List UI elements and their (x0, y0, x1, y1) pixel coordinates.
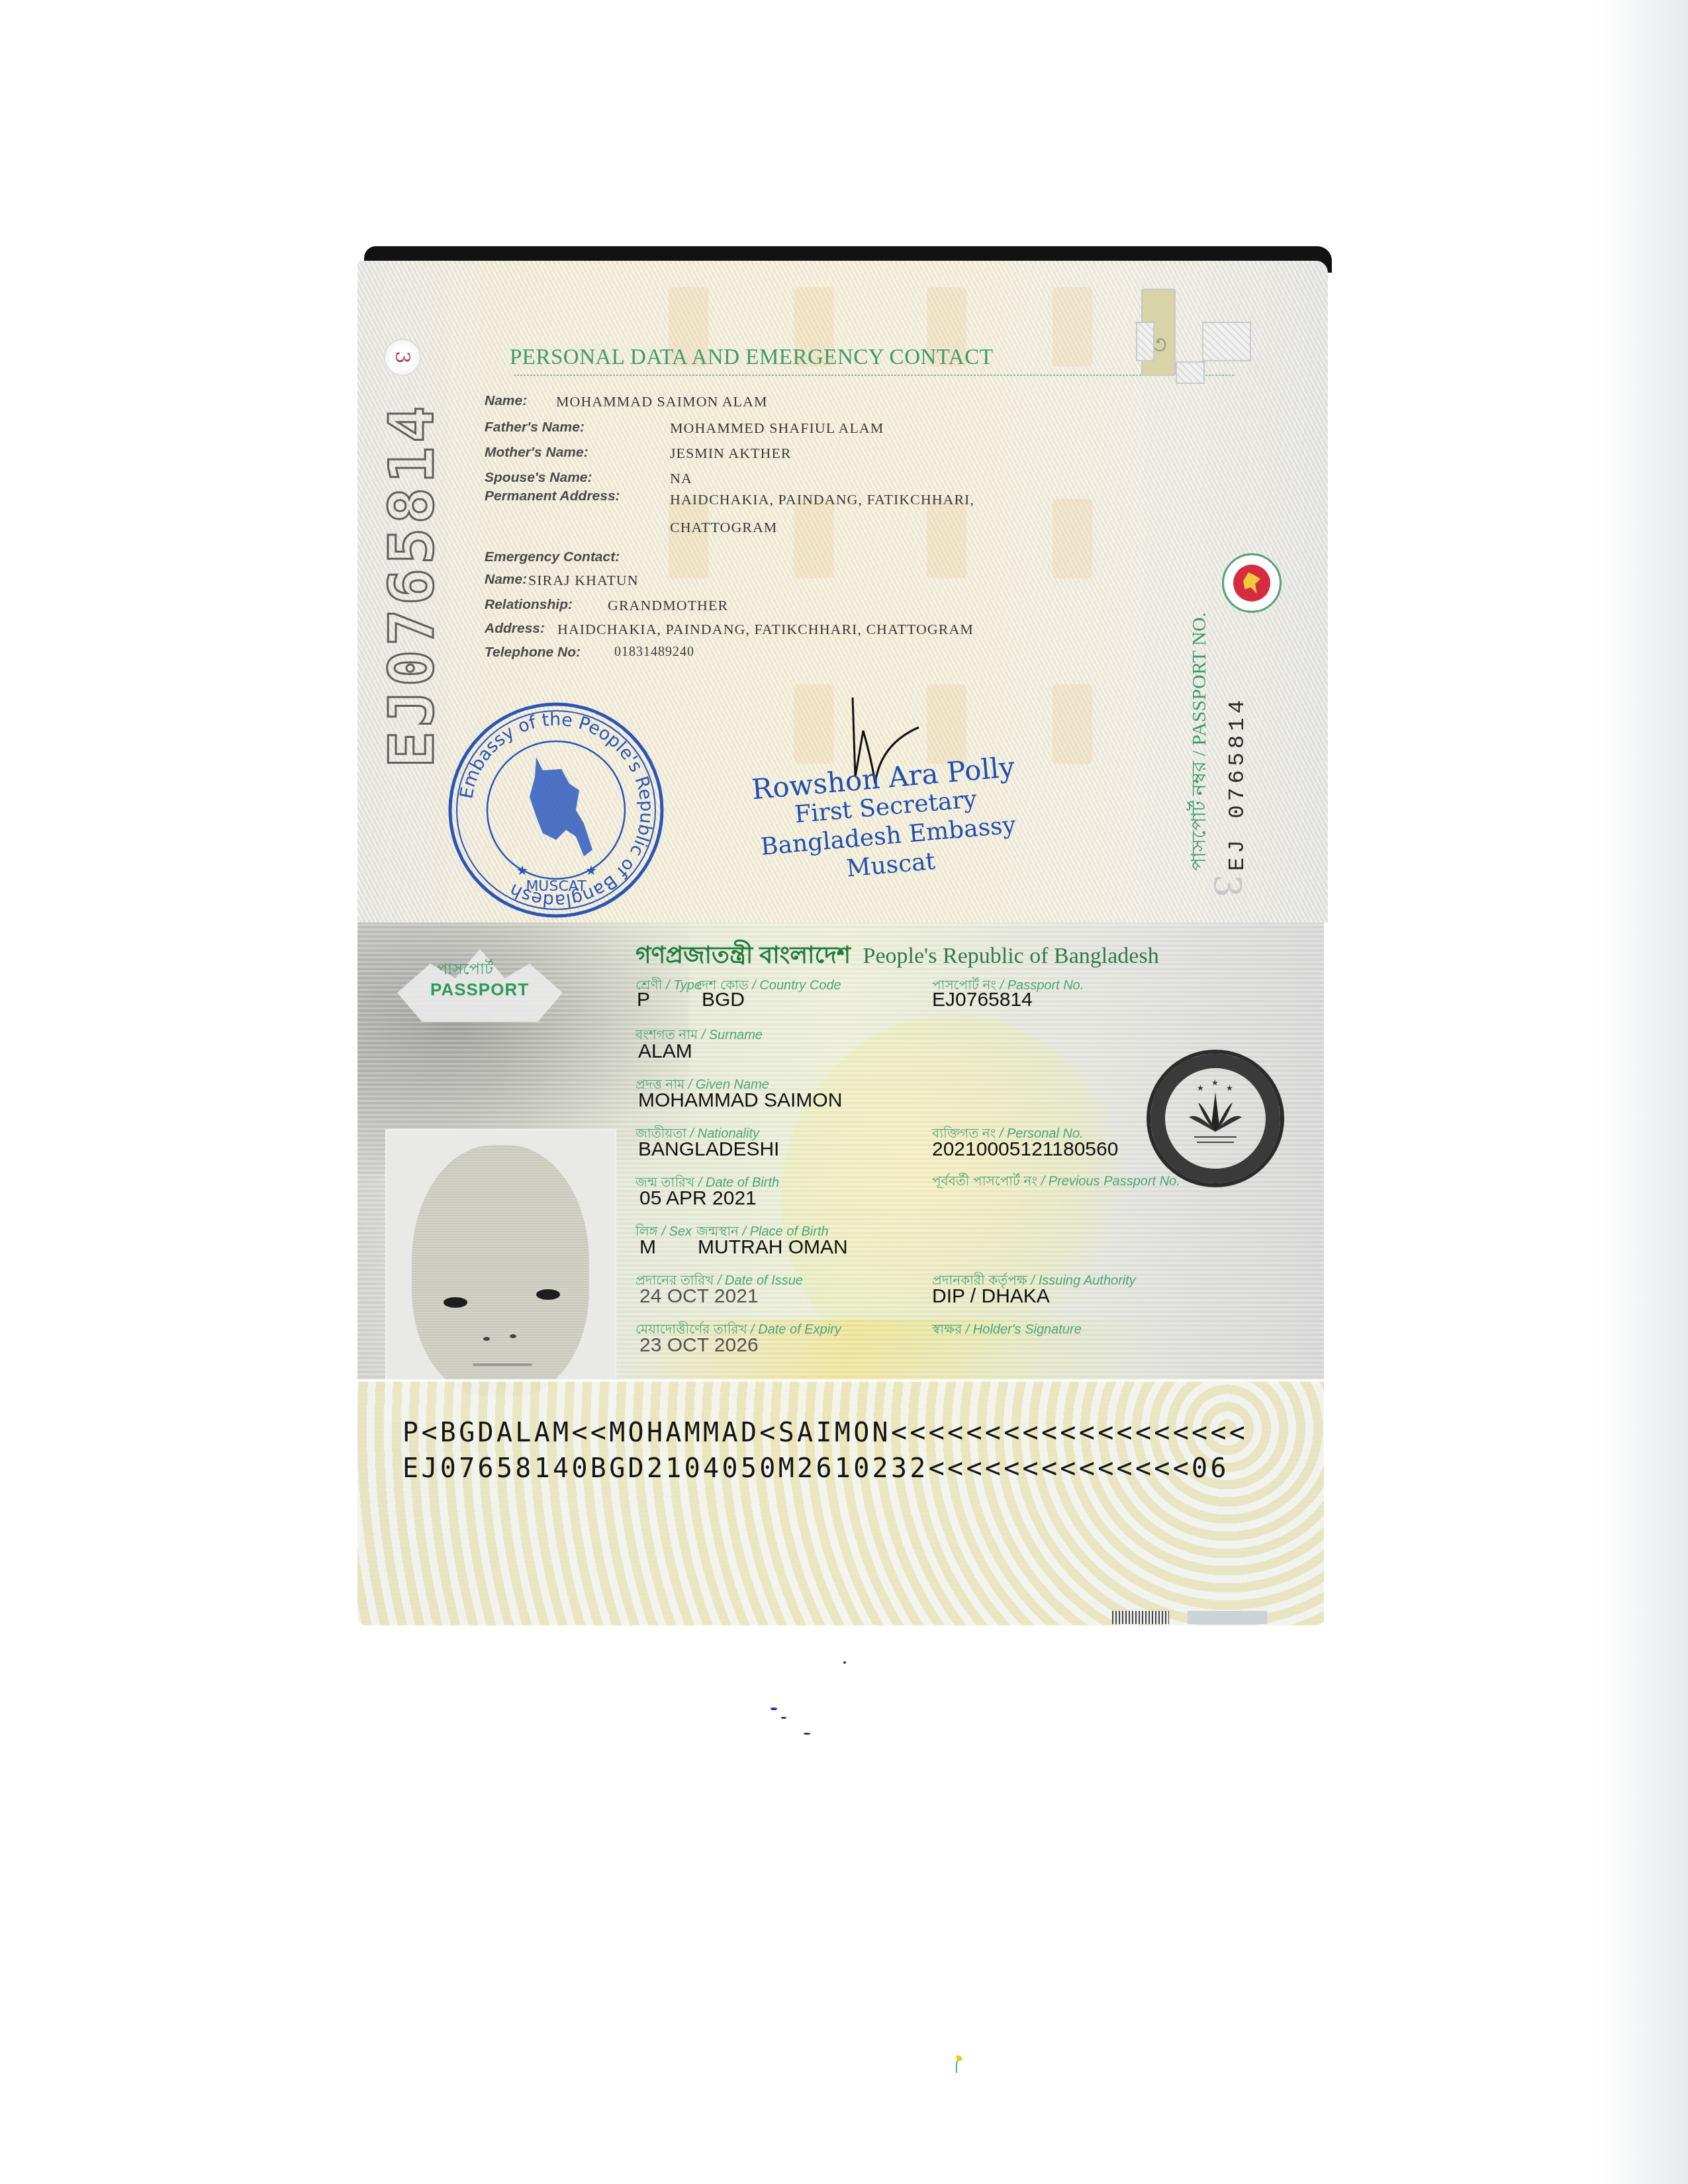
watermark (927, 499, 966, 578)
watermark (1053, 499, 1092, 578)
watermark (1053, 684, 1092, 764)
watermark (669, 499, 708, 578)
passport-booklet: 3 EJ0765814 PERSONAL DATA AND EMERGENCY … (357, 246, 1331, 1629)
value-sex: M (639, 1236, 656, 1259)
value-place-of-birth: MUTRAH OMAN (698, 1236, 848, 1259)
label-holder-signature: স্বাক্ষর / Holder's Signature (932, 1320, 1082, 1342)
barcode-strip (1188, 1611, 1267, 1624)
scan-speck (843, 1661, 846, 1664)
personal-data-page: 3 EJ0765814 PERSONAL DATA AND EMERGENCY … (357, 261, 1328, 923)
watermark (794, 499, 834, 578)
field-spouses-name: Spouse's Name: NA (485, 470, 592, 486)
field-emergency-name: Name: SIRAJ KHATUN (485, 572, 527, 588)
field-emergency-address: Address: HAIDCHAKIA, PAINDANG, FATIKCHHA… (485, 621, 545, 637)
section-divider (514, 375, 1235, 376)
svg-text:★: ★ (585, 864, 597, 878)
value-personal-no: 20210005121180560 (932, 1138, 1118, 1161)
svg-text:MUSCAT: MUSCAT (526, 878, 586, 895)
watermark (927, 684, 966, 764)
embassy-seal-icon: Embassy of the People's Republic of Bang… (444, 698, 669, 923)
biodata-page: পাসপোর্ট PASSPORT গণপ্রজাতন্ত্রী বাংলাদে… (357, 923, 1324, 1625)
mrz-line-2: EJ07658140BGD2104050M2610232<<<<<<<<<<<<… (402, 1453, 1229, 1484)
value-surname: ALAM (638, 1040, 692, 1063)
passport-badge-english: PASSPORT (430, 979, 529, 1000)
watermark (1053, 287, 1092, 367)
page-number-large: 3 (1205, 874, 1248, 898)
mrz-line-1: P<BGDALAM<<MOHAMMAD<SAIMON<<<<<<<<<<<<<<… (402, 1418, 1248, 1448)
svg-text:★: ★ (516, 864, 528, 878)
government-seal-icon (1222, 553, 1282, 613)
section-title: PERSONAL DATA AND EMERGENCY CONTACT (510, 345, 993, 370)
issuing-country-heading: গণপ্রজাতন্ত্রী বাংলাদেশ People's Republi… (635, 937, 1159, 977)
value-type: P (637, 989, 650, 1011)
value-date-of-issue: 24 OCT 2021 (639, 1285, 759, 1308)
scan-speck (781, 1717, 786, 1719)
perforated-passport-number: EJ0765814 (383, 393, 442, 777)
value-nationality: BANGLADESHI (638, 1138, 779, 1161)
scan-shadow (1595, 0, 1688, 2184)
emergency-contact-heading: Emergency Contact: (485, 549, 620, 565)
field-mothers-name: Mother's Name: JESMIN AKTHER (485, 445, 588, 461)
embassy-stamp: Embassy of the People's Republic of Bang… (444, 698, 669, 923)
value-date-of-expiry: 23 OCT 2026 (639, 1334, 759, 1357)
page-number-badge: 3 (384, 339, 421, 376)
value-date-of-birth: 05 APR 2021 (639, 1187, 757, 1210)
side-panel: ৩ পাসপোর্ট নম্বর / PASSPORT NO. EJ 07658… (1136, 275, 1328, 924)
field-name: Name: MOHAMMAD SAIMON ALAM (485, 393, 527, 409)
field-fathers-name: Father's Name: MOHAMMED SHAFIUL ALAM (485, 420, 585, 435)
value-passport-no: EJ0765814 (932, 989, 1033, 1011)
field-permanent-address: Permanent Address: HAIDCHAKIA, PAINDANG,… (485, 488, 620, 504)
field-relationship: Relationship: GRANDMOTHER (485, 597, 573, 613)
field-telephone: Telephone No: 01831489240 (485, 645, 581, 660)
value-given-name: MOHAMMAD SAIMON (638, 1089, 842, 1112)
scan-speck (771, 1707, 777, 1710)
security-pattern (1176, 361, 1205, 384)
machine-readable-zone: P<BGDALAM<<MOHAMMAD<SAIMON<<<<<<<<<<<<<<… (357, 1379, 1324, 1625)
security-pattern (1136, 322, 1154, 361)
value-country-code: BGD (702, 989, 745, 1011)
yellow-ink-mark (952, 2054, 964, 2074)
label-previous-passport-no: পূর্ববর্তী পাসপোর্ট নং / Previous Passpo… (932, 1171, 1180, 1193)
scan-speck (804, 1733, 810, 1735)
svg-text:★: ★ (1197, 1083, 1204, 1093)
value-issuing-authority: DIP / DHAKA (932, 1285, 1050, 1308)
watermark (794, 684, 834, 764)
national-emblem-seal: ★ ★ ★ (1147, 1050, 1284, 1187)
officer-stamp: Rowshon Ara Polly First Secretary Bangla… (710, 749, 1063, 895)
svg-text:★: ★ (1211, 1079, 1219, 1087)
barcode-strip (1112, 1611, 1169, 1624)
svg-text:★: ★ (1226, 1083, 1233, 1093)
water-lily-emblem-icon: ★ ★ ★ (1177, 1079, 1254, 1156)
security-pattern (1202, 322, 1251, 361)
